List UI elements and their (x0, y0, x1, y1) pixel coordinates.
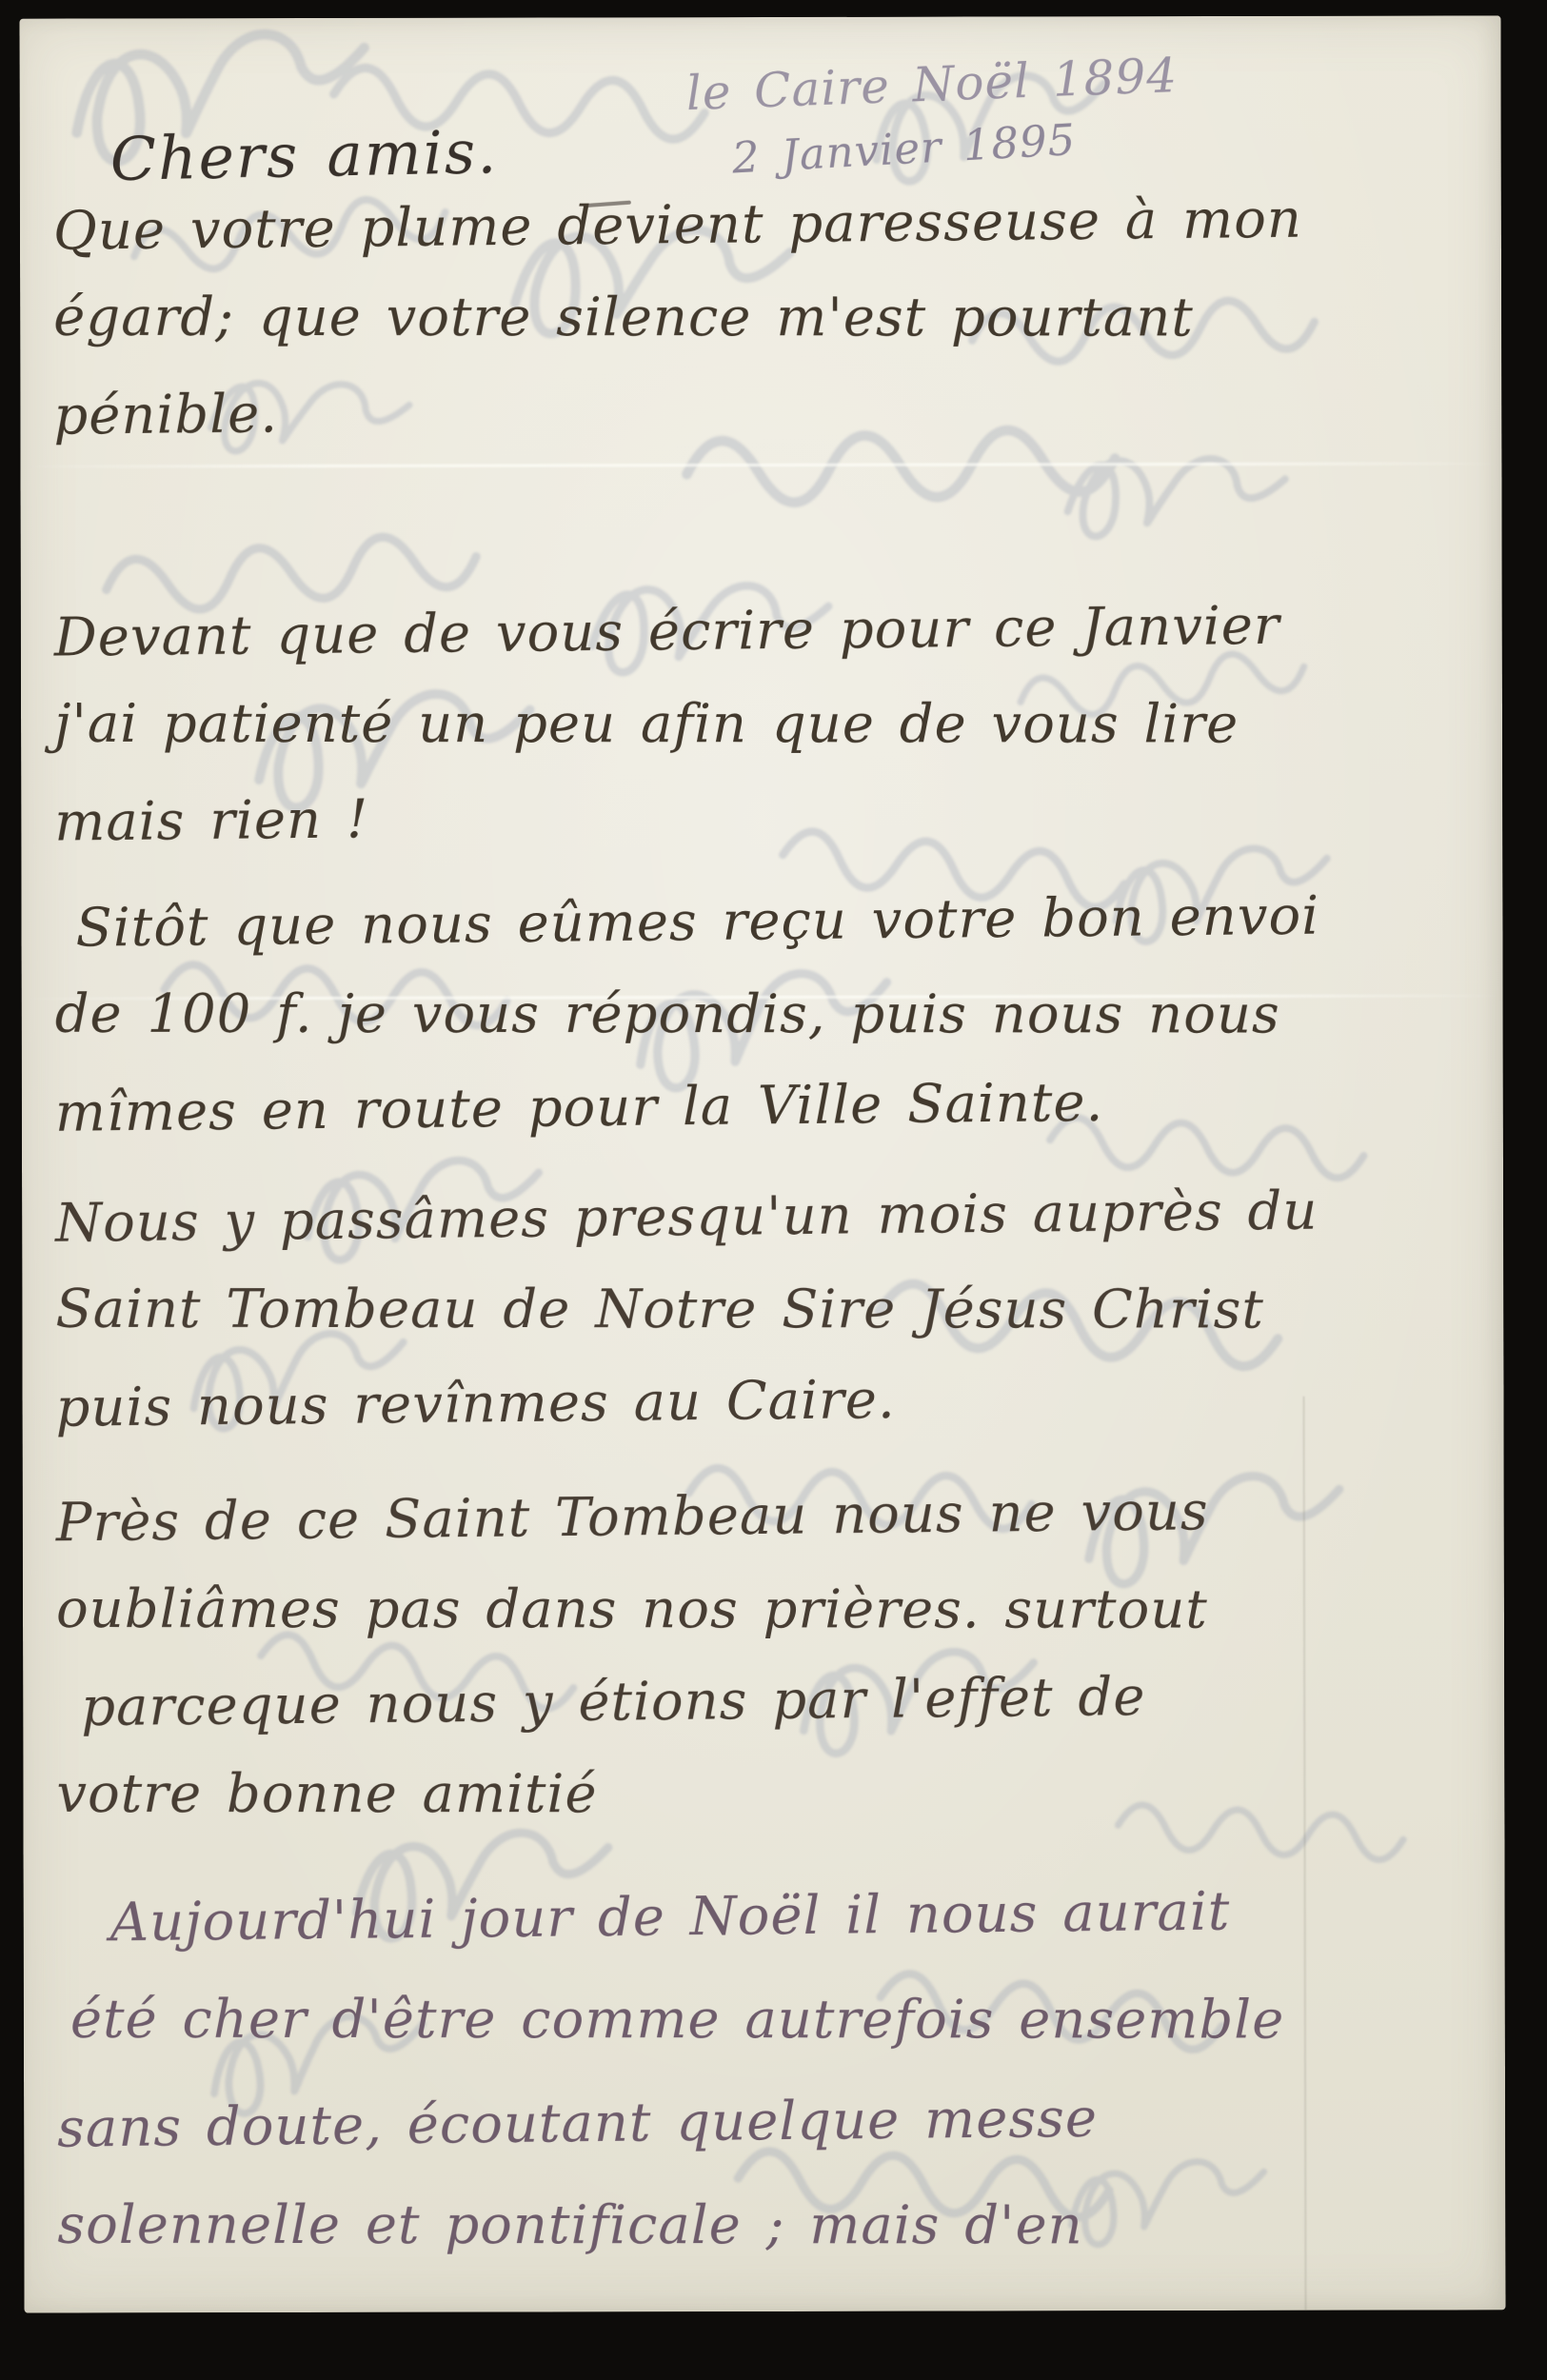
letter-line: Nous y passâmes presqu'un mois auprès du (55, 1165, 1319, 1270)
paragraph: Sitôt que nous eûmes reçu votre bon envo… (54, 875, 1319, 1155)
paragraph: Près de ce Saint Tombeau nous ne vous ou… (56, 1470, 1210, 1842)
letter-line: j'ai patienté un peu afin que de vous li… (54, 678, 1280, 771)
scan-background: le Caire Noël 1894 2 Janvier 1895 Chers … (0, 0, 1547, 2380)
letter-line: sans doute, écoutant quelque messe (57, 2066, 1285, 2181)
letter-line: puis nous revînmes au Caire. (55, 1350, 1319, 1455)
letter-line: Près de ce Saint Tombeau nous ne vous (55, 1465, 1209, 1569)
paragraph: Devant que de vous écrire pour ce Janvie… (54, 585, 1280, 864)
letter-line: votre bonne amitié (56, 1748, 1209, 1841)
letter-line: parceque nous y étions par l'effet de (81, 1650, 1210, 1754)
letter-line: mîmes en route pour la Ville Sainte. (54, 1055, 1320, 1160)
letter-line: Sitôt que nous eûmes reçu votre bon envo… (75, 870, 1320, 975)
letter-line: mais rien ! (54, 764, 1281, 869)
letter-line: Que votre plume devient paresseuse à mon (52, 173, 1302, 278)
letter-line: solennelle et pontificale ; mais d'en (57, 2174, 1284, 2278)
paragraph: Nous y passâmes presqu'un mois auprès du… (55, 1170, 1319, 1450)
letter-line: égard; que votre silence m'est pourtant (53, 271, 1302, 365)
letter-page: le Caire Noël 1894 2 Janvier 1895 Chers … (19, 15, 1505, 2312)
letter-line: été cher d'être comme autrefois ensemble (70, 1969, 1284, 2073)
letter-line: Devant que de vous écrire pour ce Janvie… (53, 580, 1280, 684)
paragraph: Que votre plume devient paresseuse à mon… (53, 178, 1303, 458)
dateline-date: 2 Janvier 1895 (731, 114, 1078, 184)
paragraph: Aujourd'hui jour de Noël il nous aurait … (57, 1865, 1285, 2279)
dateline-place: le Caire Noël 1894 (685, 48, 1179, 121)
paper-crease (20, 462, 1501, 467)
letter-line: pénible. (53, 358, 1303, 463)
letter-line: Saint Tombeau de Notre Sire Jésus Christ (55, 1263, 1318, 1357)
letter-line: de 100 f. je vous répondis, puis nous no… (55, 968, 1320, 1061)
letter-line: oubliâmes pas dans nos prières. surtout (56, 1563, 1209, 1656)
paper-crease (1303, 1397, 1307, 2311)
letter-line: Aujourd'hui jour de Noël il nous aurait (109, 1860, 1284, 1974)
